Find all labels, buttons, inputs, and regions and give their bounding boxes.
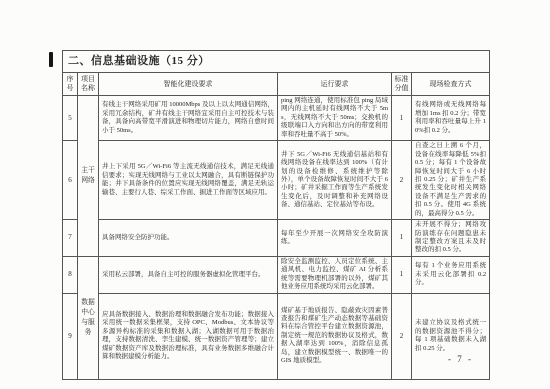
table-row: 9 应具备数据接入、数据治理和数据融合发布功能；数据接入采用统一数据采集框架，支… bbox=[63, 293, 490, 379]
row-no: 9 bbox=[63, 293, 78, 379]
row-no: 5 bbox=[63, 96, 78, 141]
inspection-method: 有线网络或无线网络每增加 1ms 扣 0.2 分；带宽利用率和吞吐量每上升 10… bbox=[412, 96, 490, 141]
group-label-datacenter: 数据中心与服务 bbox=[78, 256, 99, 379]
score-value: 2 bbox=[392, 141, 412, 220]
inspection-method: 自查之日上溯 6 个月，设备在线率每降低 5%扣 0.5 分；每有 1 个设备故… bbox=[412, 141, 490, 220]
score-value: 1 bbox=[392, 220, 412, 257]
binding-mark bbox=[49, 52, 53, 67]
header-construction: 智能化建设要求 bbox=[99, 73, 278, 96]
operation-requirement: 除安全监测监控、人员定位系统、主通风机、电力监控、煤矿 AI 分析系统等需要物理… bbox=[278, 256, 392, 293]
operation-requirement: 井下 5G／Wi-Fi6 无线通信基站和有线网络设备在线率达到 100%（有计划… bbox=[278, 141, 392, 220]
page-number: - 7 - bbox=[448, 354, 473, 364]
header-inspection: 现场检查方式 bbox=[412, 73, 490, 96]
header-score: 标准分值 bbox=[392, 73, 412, 96]
table-row: 8 数据中心与服务 采用私云部署，具备自主可控的服务器虚拟化管理平台。 除安全监… bbox=[63, 256, 490, 293]
header-project: 项目名称 bbox=[78, 73, 99, 96]
scanned-document-page: 二、信息基础设施（15 分） 序号 项目名称 智能化建设要求 运行要求 标准分值… bbox=[0, 0, 550, 389]
table-row: 6 井上下采用 5G／Wi-Fi6 等主流无线通信技术，满足无线通信要求；实现无… bbox=[63, 141, 490, 220]
evaluation-table: 二、信息基础设施（15 分） 序号 项目名称 智能化建设要求 运行要求 标准分值… bbox=[62, 50, 490, 380]
inspection-method: 未建立协议及格式统一的数据资源池不得分；每 1 项基础数据未入湖扣 0.25 分… bbox=[412, 293, 490, 379]
score-value: 2 bbox=[392, 293, 412, 379]
score-value: 1 bbox=[392, 96, 412, 141]
header-operation: 运行要求 bbox=[278, 73, 392, 96]
table-row: 7 具备网络安全防护功能。 每年至少开展一次网络安全攻防演练。 1 未开展不得分… bbox=[63, 220, 490, 257]
row-no: 8 bbox=[63, 256, 78, 293]
row-no: 7 bbox=[63, 220, 78, 257]
construction-requirement: 应具备数据接入、数据治理和数据融合发布功能；数据接入采用统一数据采集框架，支持 … bbox=[99, 293, 278, 379]
inspection-method: 未开展不得分；网络攻防演练存在问题隐患未制定整改方案且未及时整改的扣 0.5 分… bbox=[412, 220, 490, 257]
table-row: 5 主干网络 有线主干网络采用矿用 10000Mbps 及以上以太网通信网络，采… bbox=[63, 96, 490, 141]
operation-requirement: 每年至少开展一次网络安全攻防演练。 bbox=[278, 220, 392, 257]
inspection-method: 每有 1 个业务应用系统未采用云化部署扣 0.2 分。 bbox=[412, 256, 490, 293]
group-label-network: 主干网络 bbox=[78, 96, 99, 257]
row-no: 6 bbox=[63, 141, 78, 220]
header-no: 序号 bbox=[63, 73, 78, 96]
construction-requirement: 有线主干网络采用矿用 10000Mbps 及以上以太网通信网络，采用冗余结构，矿… bbox=[99, 96, 278, 141]
construction-requirement: 井上下采用 5G／Wi-Fi6 等主流无线通信技术，满足无线通信要求；实现无线网… bbox=[99, 141, 278, 220]
section-title: 二、信息基础设施（15 分） bbox=[63, 51, 490, 73]
score-value: 1 bbox=[392, 256, 412, 293]
operation-requirement: ping 网络连通，使用标准包 ping 局域网内的主机延时有线网络不大于 5m… bbox=[278, 96, 392, 141]
operation-requirement: 煤矿基于地质报告、隐蔽致灾因素普查报告和煤矿生产动态数据等基础资料在综合管控平台… bbox=[278, 293, 392, 379]
construction-requirement: 采用私云部署，具备自主可控的服务器虚拟化管理平台。 bbox=[99, 256, 278, 293]
construction-requirement: 具备网络安全防护功能。 bbox=[99, 220, 278, 257]
